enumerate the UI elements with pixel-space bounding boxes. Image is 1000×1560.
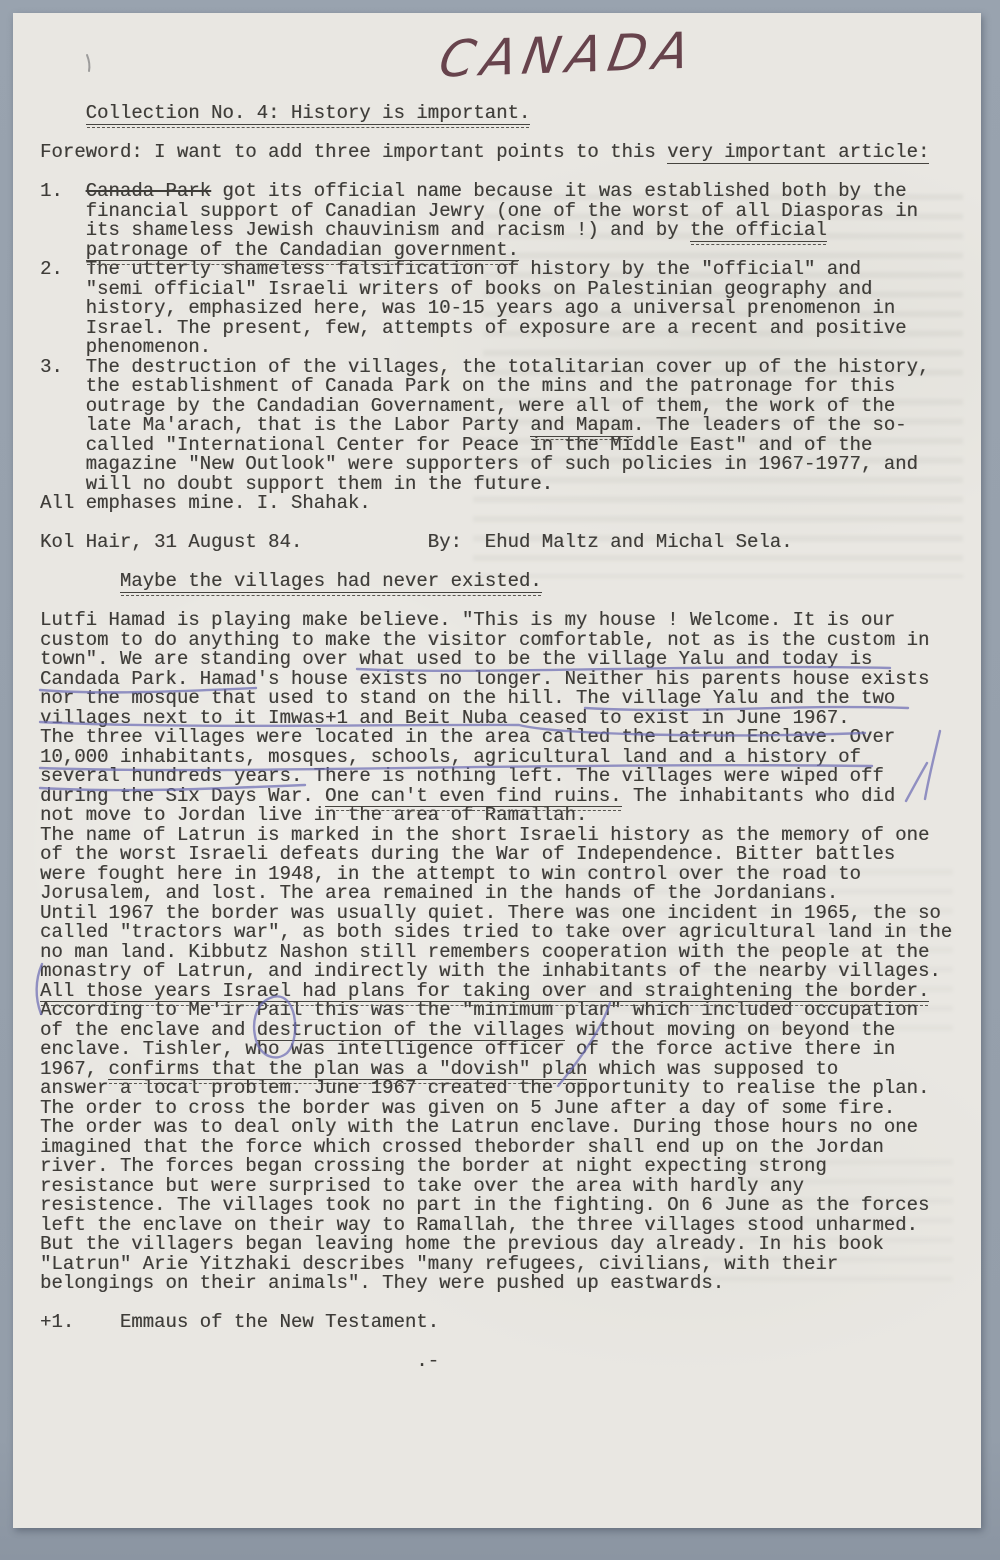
doc-line: All emphases mine. I. Shahak. [40,494,952,514]
typed-text: All emphases mine. I. Shahak. [40,492,371,514]
typed-u2-segment: the official [690,221,827,242]
typed-text [40,102,86,124]
doc-line: belongings on their animals". They were … [40,1274,952,1294]
handwritten-title: CANADA [435,21,705,88]
doc-line: +1. Emmaus of the New Testament. [40,1313,952,1333]
doc-line: .- [40,1352,952,1372]
typed-u2-segment: Maybe the villages had never existed. [120,572,542,593]
typed-u2-segment: One can't even find ruins. [325,787,621,808]
typed-strike-segment: Canada Park [86,182,211,202]
typed-text: Foreword: I want to add three important … [40,141,667,163]
typed-text: .- [40,1350,439,1372]
article-body: Lutfi Hamad is playing make believe. "Th… [40,611,952,1294]
typed-text: +1. Emmaus of the New Testament. [40,1311,439,1333]
footnote: +1. Emmaus of the New Testament. [40,1313,952,1333]
typed-mark: .- [40,1352,952,1372]
typed-u2-segment: All those years Israel had plans for tak… [40,982,929,1003]
typed-u2-segment: and Mapam [530,416,633,437]
document-text: Collection No. 4: History is important.F… [40,104,952,1372]
typed-u1-segment: destruction of the villages [257,1021,565,1042]
point-1: 1. Canada Park got its official name bec… [40,182,952,260]
typed-u2-segment: Collection No. 4: History is important. [86,104,531,125]
typed-text: The inhabitants who did [622,785,896,807]
typed-u1-segment: very important article: [667,143,929,164]
point-2: 2. The utterly shameless falsification o… [40,260,952,358]
point-3: 3. The destruction of the villages, the … [40,358,952,495]
emphases-note: All emphases mine. I. Shahak. [40,494,952,514]
typed-text: belongings on their animals". They were … [40,1272,724,1294]
doc-line: its shameless Jewish chauvinism and raci… [40,221,952,241]
section-heading: Maybe the villages had never existed. [40,572,952,592]
doc-line: Maybe the villages had never existed. [40,572,952,592]
typed-text: monastry of Latrun, and indirectly with … [40,960,941,982]
doc-line: All those years Israel had plans for tak… [40,982,952,1002]
doc-line: Foreword: I want to add three important … [40,143,952,163]
typed-u2-segment: patronage of the Candadian government. [86,241,519,262]
byline: Kol Hair, 31 August 84. By: Ehud Maltz a… [40,533,952,553]
typed-text: Kol Hair, 31 August 84. By: Ehud Maltz a… [40,531,793,553]
foreword: Foreword: I want to add three important … [40,143,952,163]
doc-line: Kol Hair, 31 August 84. By: Ehud Maltz a… [40,533,952,553]
collection-heading: Collection No. 4: History is important. [40,104,952,124]
typed-text: its shameless Jewish chauvinism and raci… [40,219,690,241]
typed-text [40,570,120,592]
doc-line: monastry of Latrun, and indirectly with … [40,962,952,982]
typed-u2-segment: confirms that the plan was a "dovish" pl… [108,1060,587,1081]
doc-line: Collection No. 4: History is important. [40,104,952,124]
